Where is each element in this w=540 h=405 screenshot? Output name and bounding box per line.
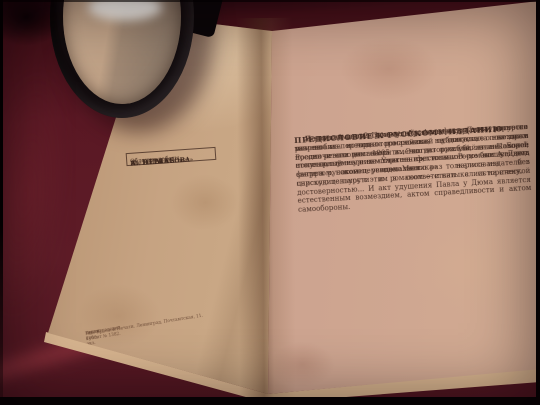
photo-open-book-with-magnifier: A. DUMAS «Le maître d'armes» Обложка раб…	[0, 0, 540, 405]
preface-paragraph: Дело в том, что в романе «Учитель фехтов…	[294, 123, 532, 215]
imprint: Ленинградский Гублит № 1382. Тираж 4000 …	[85, 311, 215, 332]
title-box: A. DUMAS «Le maître d'armes» Обложка раб…	[126, 147, 217, 166]
preface-text-block: ПРЕДИСЛОВИЕ К РУССКОМУ ИЗДАНИЮ У каждой …	[294, 123, 528, 136]
photo-border	[0, 397, 540, 405]
book-gutter-shadow	[236, 18, 295, 400]
photo-border	[0, 0, 540, 2]
photo-border	[0, 0, 3, 405]
imprint-printer-line: Тип. Красной Печати. Ленинград, Почтамтс…	[85, 314, 204, 338]
photo-corner-shadow	[0, 0, 64, 46]
photo-border	[536, 0, 540, 405]
